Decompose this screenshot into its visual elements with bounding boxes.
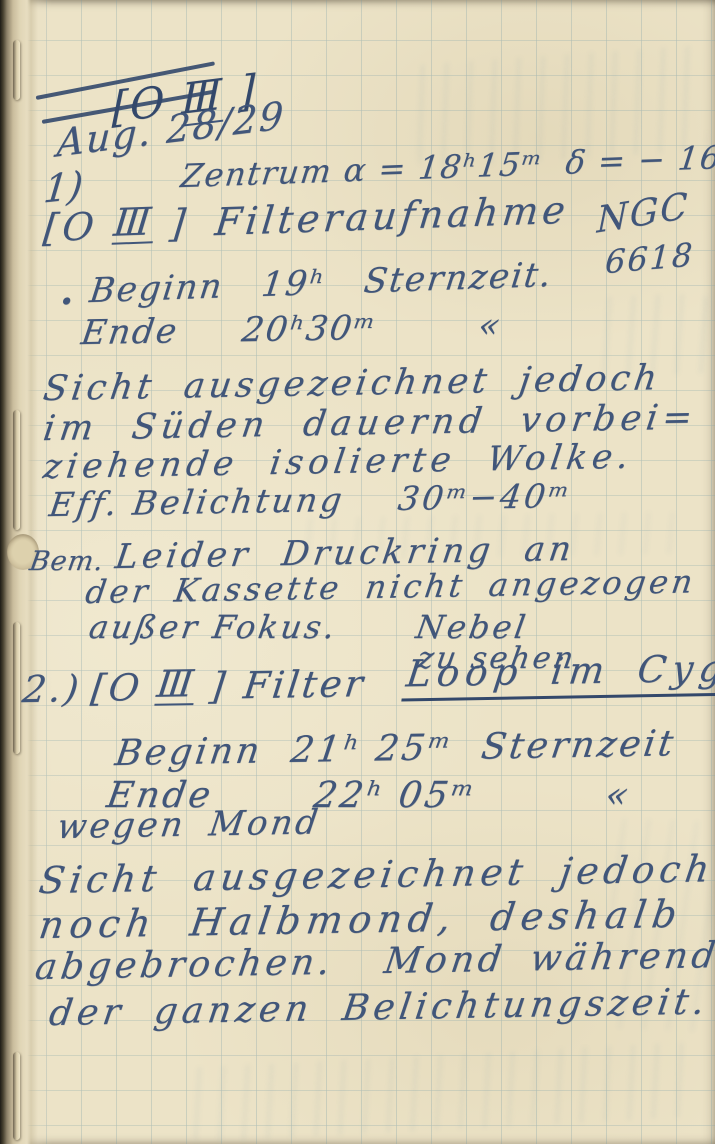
entry1-note-label: Bem. [28,548,106,575]
entry1-center-coordinates: Zentrum α = 18ʰ15ᵐ δ = − 16.°2 [179,139,715,192]
notebook-page: [O Ⅲ ] Aug. 28/29 1) Zentrum α = 18ʰ15ᵐ … [0,0,715,1144]
entry2-reason-line: wegen Mond [55,805,323,844]
bracket-open: [O [42,207,116,248]
entry1-note-line-3: außer Fokus. Nebel [87,611,530,643]
entry2-sight-line-3: abgebrochen. Mond während [33,938,715,986]
bracket-close: ] [152,204,191,243]
entry2-target-underlined: Loop im Cygnus [401,648,715,701]
binding-stitch [13,40,20,100]
oiii-numeral: Ⅲ [155,665,199,706]
bracket-open: [O [89,669,159,707]
entry1-object-name: NGC [596,188,689,239]
binding-stitch [13,622,20,754]
entry2-sight-line-4: der ganzen Belichtungszeit. [47,984,711,1032]
filter-label: Filter [241,665,367,704]
binding-stitch [13,1052,20,1140]
entry1-object-number: 6618 [604,238,695,278]
filter-label: Filteraufnahme [213,191,571,242]
entry1-filter-line: [O Ⅲ ] Filteraufnahme [42,188,572,248]
bracket-close: ] [193,667,230,705]
entry1-exposure-line: Eff. Belichtung 30ᵐ−40ᵐ [47,479,573,521]
entry1-begin-line: Beginn 19ʰ Sternzeit. [88,258,555,308]
entry1-end-line: Ende 20ʰ30ᵐ « [79,309,504,350]
entry1-number: 1) [42,166,85,209]
oiii-numeral: Ⅲ [112,202,157,245]
entry1-note-line-2: der Kassette nicht angezogen [83,565,698,608]
binding-stitch [13,410,20,530]
ink-bleedthrough [188,1042,691,1143]
entry1-margin-dot: . [60,272,73,310]
entry2-sight-line-1: Sicht ausgezeichnet jedoch [37,850,715,899]
entry2-filter-line: 2.) [O Ⅲ ] Filter Loop im Cygnus [20,648,715,708]
entry2-number: 2.) [20,670,83,708]
entry2-begin-line: Beginn 21ʰ 25ᵐ Sternzeit [113,726,678,772]
